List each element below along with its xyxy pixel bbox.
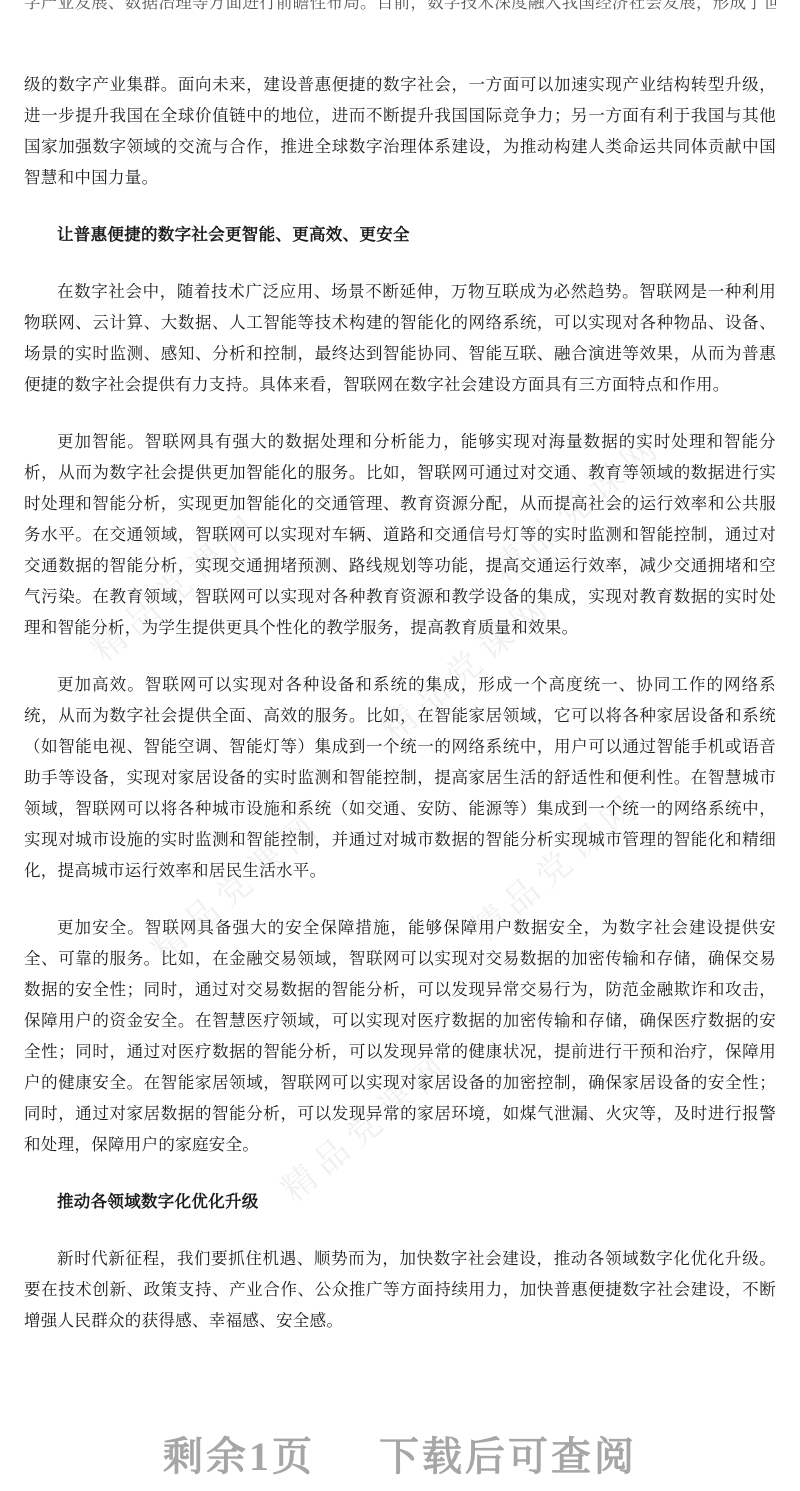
document-blocks: 级的数字产业集群。面向未来，建设普惠便捷的数字社会，一方面可以加速实现产业结构转… (24, 70, 776, 1337)
section-heading: 推动各领域数字化优化升级 (24, 1187, 776, 1218)
body-paragraph: 更加智能。智联网具有强大的数据处理和分析能力，能够实现对海量数据的实时处理和智能… (24, 427, 776, 644)
body-paragraph: 更加安全。智联网具备强大的安全保障措施，能够保障用户数据安全，为数字社会建设提供… (24, 913, 776, 1161)
body-paragraph: 新时代新征程，我们要抓住机遇、顺势而为，加快数字社会建设，推动各领域数字化优化升… (24, 1244, 776, 1337)
body-paragraph: 更加高效。智联网可以实现对各种设备和系统的集成，形成一个高度统一、协同工作的网络… (24, 670, 776, 887)
body-paragraph: 在数字社会中，随着技术广泛应用、场景不断延伸，万物互联成为必然趋势。智联网是一种… (24, 277, 776, 401)
clipped-top-line-text: 字产业发展、数据治理等方面进行前瞻性布局。目前，数字技术深度融入我国经济社会发展… (24, 0, 776, 17)
section-heading: 让普惠便捷的数字社会更智能、更高效、更安全 (24, 220, 776, 251)
continuation-paragraph: 级的数字产业集群。面向未来，建设普惠便捷的数字社会，一方面可以加速实现产业结构转… (24, 70, 776, 194)
pages-remaining-text: 剩余1页 (163, 1434, 315, 1479)
document-preview-page: 精品党课网 精品党课网 精品党课网 精品党课网 精品党课网 精品党课网 字产业发… (0, 0, 800, 1491)
document-content: 字产业发展、数据治理等方面进行前瞻性布局。目前，数字技术深度融入我国经济社会发展… (0, 0, 800, 1482)
pages-remaining-banner: 剩余1页下载后可查阅 (24, 1425, 776, 1482)
clipped-top-line: 字产业发展、数据治理等方面进行前瞻性布局。目前，数字技术深度融入我国经济社会发展… (24, 0, 776, 17)
download-hint-text: 下载后可查阅 (379, 1434, 637, 1479)
